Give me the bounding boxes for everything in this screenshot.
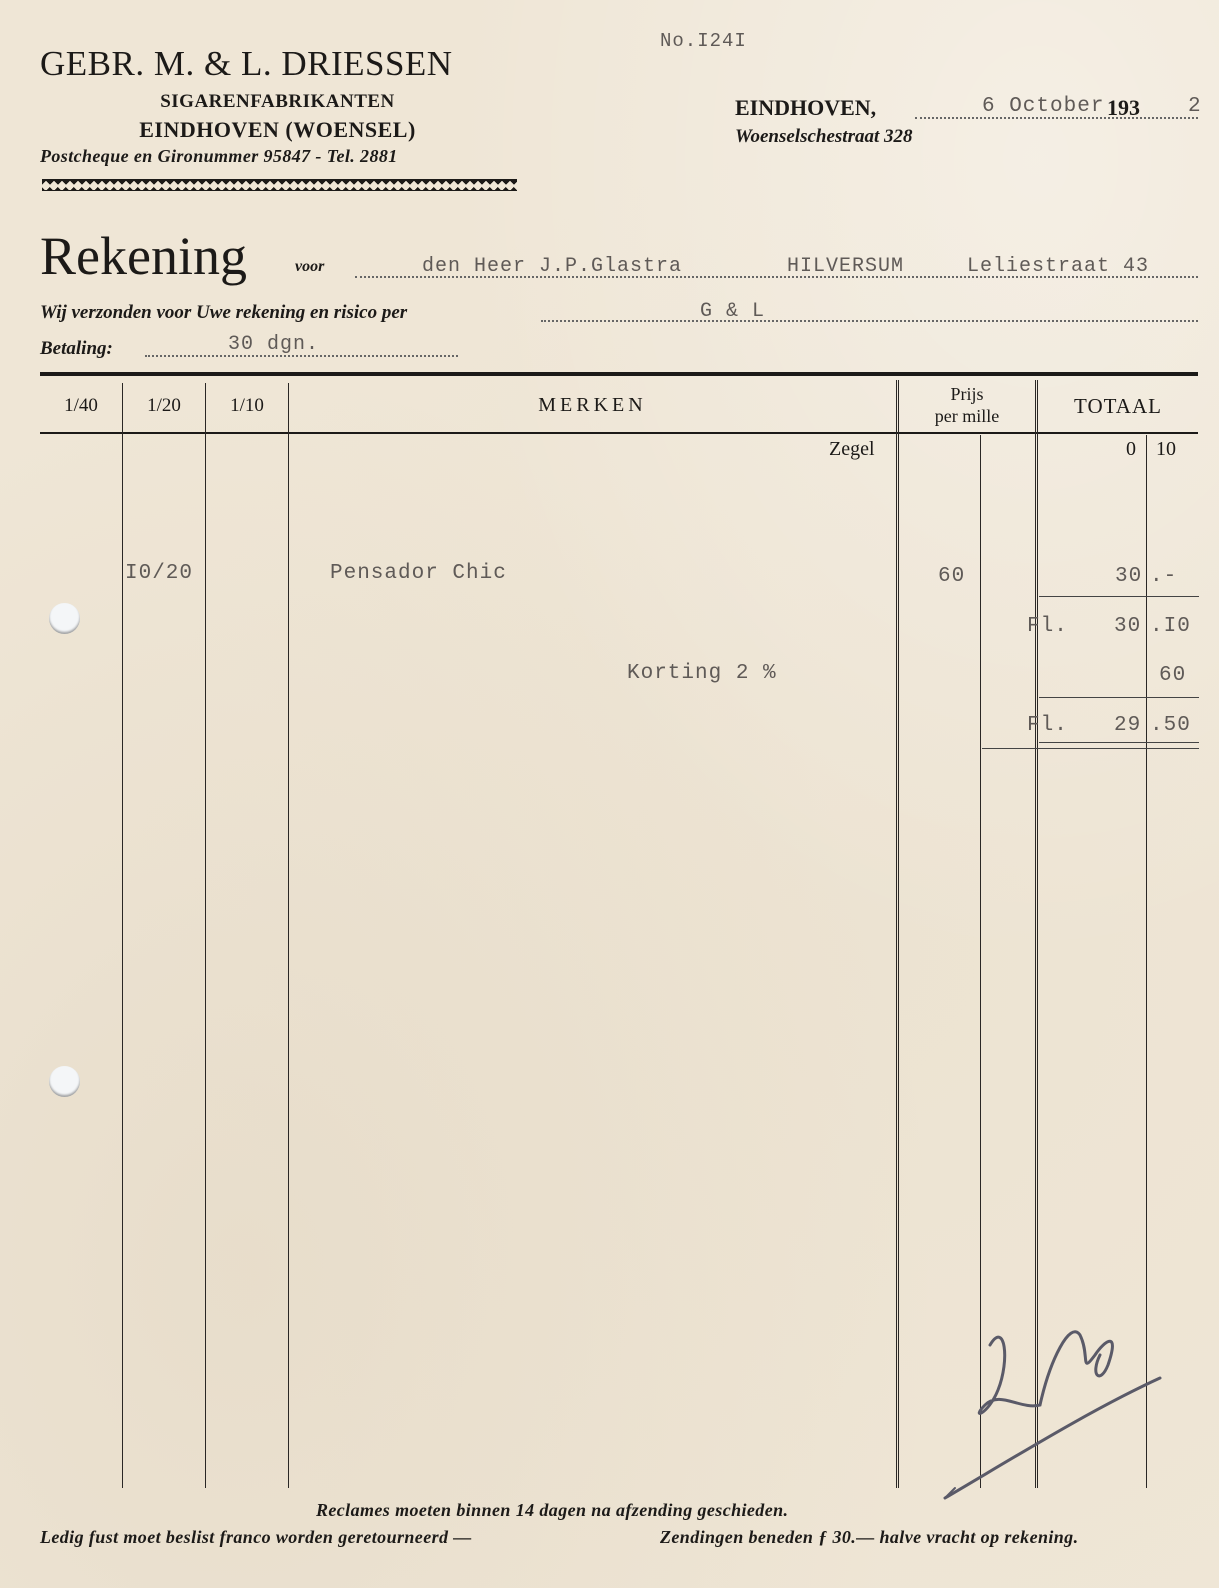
header-merken: MERKEN — [289, 394, 896, 417]
column-divider — [896, 380, 899, 1488]
header-prijs: Prijs per mille — [899, 383, 1035, 427]
recipient-city: HILVERSUM — [787, 255, 904, 278]
column-divider — [122, 383, 123, 1488]
table-header-rule — [40, 432, 1198, 434]
header-prijs-line1: Prijs — [899, 383, 1035, 405]
total-underline — [1039, 742, 1199, 743]
footer-claims-note: Reclames moeten binnen 14 dagen na afzen… — [316, 1500, 788, 1521]
invoice-number: No.I24I — [660, 30, 747, 52]
row-total-guilders: 30 — [1115, 565, 1142, 588]
total-prefix: Fl. — [1027, 714, 1068, 737]
punch-hole — [49, 603, 80, 634]
voor-label: voor — [295, 258, 324, 276]
subtotal-guilders: 30 — [1114, 615, 1141, 638]
total-double-underline — [982, 748, 1199, 749]
sum-rule — [1039, 697, 1199, 698]
column-divider — [205, 383, 206, 1488]
discount-cents: 60 — [1159, 664, 1186, 687]
subtotal-cents: .I0 — [1150, 615, 1191, 638]
shipped-field-line — [541, 320, 1198, 322]
company-trade: SIGARENFABRIKANTEN — [40, 91, 515, 113]
company-name: GEBR. M. & L. DRIESSEN — [40, 44, 453, 84]
row-brand: Pensador Chic — [330, 562, 507, 585]
punch-hole — [49, 1066, 80, 1097]
row-qty-1-20: I0/20 — [125, 562, 193, 585]
year-suffix: 2 — [1188, 95, 1202, 118]
company-location: EINDHOVEN (WOENSEL) — [40, 117, 515, 143]
discount-label: Korting 2 % — [627, 662, 777, 685]
header-totaal: TOTAAL — [1038, 394, 1198, 419]
footer-shipping-note: Zendingen beneden ƒ 30.— halve vracht op… — [660, 1527, 1079, 1548]
subtotal-prefix: Fl. — [1027, 615, 1068, 638]
document-title: Rekening — [40, 225, 247, 287]
header-1-20: 1/20 — [123, 395, 205, 417]
header-1-40: 1/40 — [40, 395, 122, 417]
recipient-name: den Heer J.P.Glastra — [422, 255, 682, 278]
row-price: 60 — [938, 565, 965, 588]
header-1-10: 1/10 — [206, 395, 288, 417]
header-prijs-line2: per mille — [899, 405, 1035, 427]
date-value: 6 October — [982, 95, 1104, 118]
decorative-border — [42, 179, 517, 191]
dateline-city: EINDHOVEN, — [735, 95, 876, 121]
company-street: Woenselschestraat 328 — [735, 126, 913, 148]
total-cents: .50 — [1150, 714, 1191, 737]
shipped-via: G & L — [700, 300, 765, 323]
year-prefix: 193 — [1107, 95, 1140, 121]
payment-terms: 30 dgn. — [228, 333, 319, 356]
table-top-rule — [40, 372, 1198, 376]
shipped-label: Wij verzonden voor Uwe rekening en risic… — [40, 302, 407, 324]
column-divider — [288, 383, 289, 1488]
handwritten-note-icon — [930, 1300, 1190, 1520]
footer-returns-note: Ledig fust moet beslist franco worden ge… — [40, 1527, 472, 1548]
row-total-cents: .- — [1150, 565, 1177, 588]
total-guilders: 29 — [1114, 714, 1141, 737]
zegel-cents: 10 — [1156, 438, 1176, 461]
company-contact: Postcheque en Gironummer 95847 - Tel. 28… — [40, 146, 398, 167]
payment-label: Betaling: — [40, 338, 113, 360]
recipient-street: Leliestraat 43 — [967, 255, 1149, 278]
zegel-guilders: 0 — [1126, 438, 1136, 461]
zegel-label: Zegel — [829, 438, 875, 461]
sum-rule — [1039, 596, 1199, 597]
